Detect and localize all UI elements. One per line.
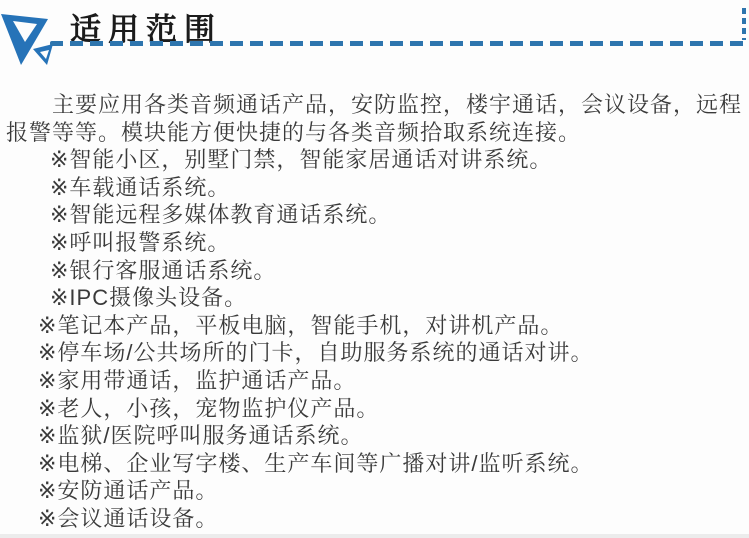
application-item: ※停车场/公共场所的门卡，自助服务系统的通话对讲。 (0, 339, 749, 367)
application-list: ※笔记本产品，平板电脑，智能手机，对讲机产品。 ※停车场/公共场所的门卡，自助服… (0, 312, 749, 533)
brand-triangle-logo-icon (0, 5, 56, 71)
application-item: ※银行客服通话系统。 (0, 257, 749, 285)
application-item: ※车载通话系统。 (0, 174, 749, 202)
application-item: ※家用带通话，监护通话产品。 (0, 367, 749, 395)
application-item: ※智能小区，别墅门禁，智能家居通话对讲系统。 (0, 146, 749, 174)
dashed-divider (50, 41, 747, 46)
intro-paragraph: 主要应用各类音频通话产品，安防监控，楼宇通话，会议设备，远程报警等等。模块能方便… (6, 91, 743, 146)
dashed-divider-corner (742, 8, 746, 40)
application-item: ※笔记本产品，平板电脑，智能手机，对讲机产品。 (0, 312, 749, 340)
application-item: ※IPC摄像头设备。 (0, 284, 749, 312)
section-header: 适用范围 (0, 0, 749, 90)
application-item: ※会议通话设备。 (0, 505, 749, 533)
application-list-indented: ※智能小区，别墅门禁，智能家居通话对讲系统。 ※车载通话系统。 ※智能远程多媒体… (0, 146, 749, 312)
application-item: ※呼叫报警系统。 (0, 229, 749, 257)
application-item: ※智能远程多媒体教育通话系统。 (0, 201, 749, 229)
application-item: ※电梯、企业写字楼、生产车间等广播对讲/监听系统。 (0, 450, 749, 478)
applications-section: 主要应用各类音频通话产品，安防监控，楼宇通话，会议设备，远程报警等等。模块能方便… (0, 91, 749, 533)
bottom-shadow-band (0, 534, 749, 538)
application-item: ※老人，小孩，宠物监护仪产品。 (0, 395, 749, 423)
application-item: ※监狱/医院呼叫服务通话系统。 (0, 422, 749, 450)
application-item: ※安防通话产品。 (0, 477, 749, 505)
